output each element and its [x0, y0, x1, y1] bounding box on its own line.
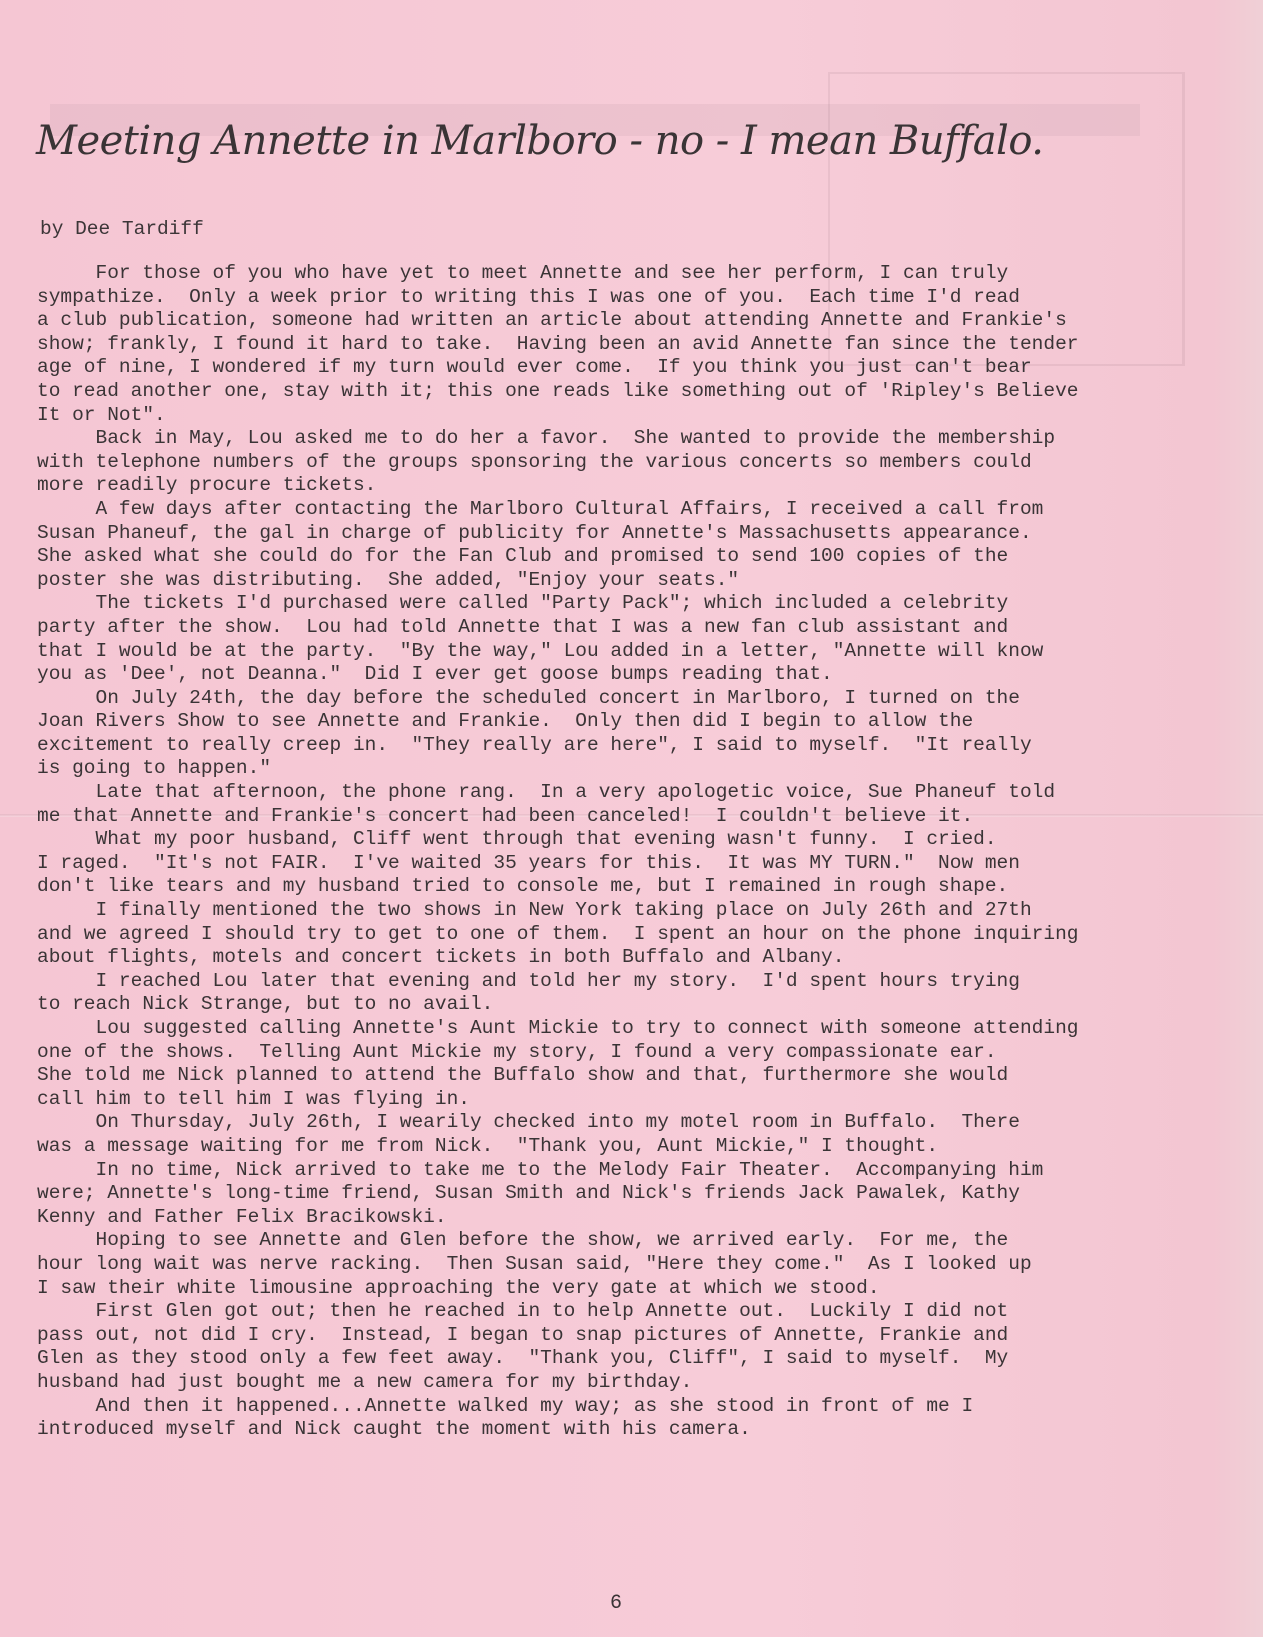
article-line: to reach Nick Strange, but to no avail. [37, 993, 1078, 1017]
article-line: I reached Lou later that evening and tol… [37, 970, 1078, 994]
article-line: And then it happened...Annette walked my… [37, 1395, 1078, 1419]
article-line: Lou suggested calling Annette's Aunt Mic… [37, 1017, 1078, 1041]
article-line: A few days after contacting the Marlboro… [37, 498, 1078, 522]
article-line: husband had just bought me a new camera … [37, 1371, 1078, 1395]
article-title: Meeting Annette in Marlboro - no - I mea… [36, 118, 1043, 164]
article-line: more readily procure tickets. [37, 474, 1078, 498]
article-line: For those of you who have yet to meet An… [37, 262, 1078, 286]
article-line: don't like tears and my husband tried to… [37, 875, 1078, 899]
article-byline: by Dee Tardiff [40, 218, 204, 240]
article-line: Susan Phaneuf, the gal in charge of publ… [37, 522, 1078, 546]
article-line: sympathize. Only a week prior to writing… [37, 286, 1078, 310]
article-line: Kenny and Father Felix Bracikowski. [37, 1206, 1078, 1230]
article-line: poster she was distributing. She added, … [37, 569, 1078, 593]
article-line: excitement to really creep in. "They rea… [37, 734, 1078, 758]
article-line: that I would be at the party. "By the wa… [37, 640, 1078, 664]
article-line: Back in May, Lou asked me to do her a fa… [37, 427, 1078, 451]
article-line: I finally mentioned the two shows in New… [37, 899, 1078, 923]
article-line: about flights, motels and concert ticket… [37, 946, 1078, 970]
article-line: party after the show. Lou had told Annet… [37, 616, 1078, 640]
article-body: For those of you who have yet to meet An… [37, 262, 1078, 1442]
article-line: It or Not". [37, 404, 1078, 428]
article-line: She told me Nick planned to attend the B… [37, 1064, 1078, 1088]
article-line: First Glen got out; then he reached in t… [37, 1300, 1078, 1324]
article-line: with telephone numbers of the groups spo… [37, 451, 1078, 475]
article-line: is going to happen." [37, 757, 1078, 781]
article-line: and we agreed I should try to get to one… [37, 923, 1078, 947]
article-line: I raged. "It's not FAIR. I've waited 35 … [37, 852, 1078, 876]
article-line: age of nine, I wondered if my turn would… [37, 356, 1078, 380]
article-line: I saw their white limousine approaching … [37, 1277, 1078, 1301]
article-line: one of the shows. Telling Aunt Mickie my… [37, 1041, 1078, 1065]
article-line: What my poor husband, Cliff went through… [37, 828, 1078, 852]
article-line: On July 24th, the day before the schedul… [37, 687, 1078, 711]
article-line: were; Annette's long-time friend, Susan … [37, 1182, 1078, 1206]
page-number: 6 [610, 1592, 622, 1615]
article-line: to read another one, stay with it; this … [37, 380, 1078, 404]
article-line: Hoping to see Annette and Glen before th… [37, 1229, 1078, 1253]
article-line: a club publication, someone had written … [37, 309, 1078, 333]
article-line: She asked what she could do for the Fan … [37, 545, 1078, 569]
article-line: hour long wait was nerve racking. Then S… [37, 1253, 1078, 1277]
article-line: introduced myself and Nick caught the mo… [37, 1418, 1078, 1442]
article-line: Joan Rivers Show to see Annette and Fran… [37, 710, 1078, 734]
article-line: Glen as they stood only a few feet away.… [37, 1347, 1078, 1371]
article-line: me that Annette and Frankie's concert ha… [37, 805, 1078, 829]
article-line: you as 'Dee', not Deanna." Did I ever ge… [37, 663, 1078, 687]
article-line: was a message waiting for me from Nick. … [37, 1135, 1078, 1159]
article-line: The tickets I'd purchased were called "P… [37, 592, 1078, 616]
article-line: On Thursday, July 26th, I wearily checke… [37, 1111, 1078, 1135]
article-line: pass out, not did I cry. Instead, I bega… [37, 1324, 1078, 1348]
page-background: Meeting Annette in Marlboro - no - I mea… [0, 0, 1263, 1637]
article-line: In no time, Nick arrived to take me to t… [37, 1159, 1078, 1183]
article-line: call him to tell him I was flying in. [37, 1088, 1078, 1112]
article-line: Late that afternoon, the phone rang. In … [37, 781, 1078, 805]
article-line: show; frankly, I found it hard to take. … [37, 333, 1078, 357]
